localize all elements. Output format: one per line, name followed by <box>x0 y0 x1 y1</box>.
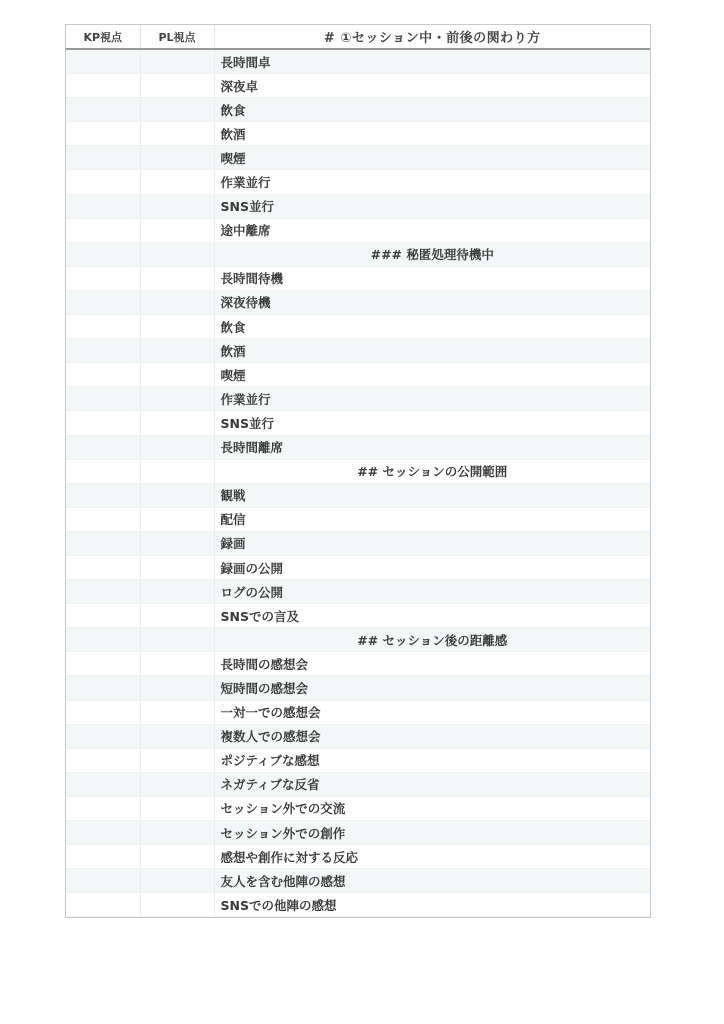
kp-perspective-cell[interactable] <box>66 772 140 796</box>
pl-perspective-cell[interactable] <box>140 49 214 74</box>
kp-perspective-cell[interactable] <box>66 98 140 122</box>
preference-sheet-table-container: KP視点 PL視点 # ①セッション中・前後の関わり方 長時間卓深夜卓飲食飲酒喫… <box>65 24 651 918</box>
item-label-cell: 作業並行 <box>214 170 650 194</box>
pl-perspective-cell[interactable] <box>140 748 214 772</box>
header-kp-perspective: KP視点 <box>66 25 140 49</box>
kp-perspective-cell[interactable] <box>66 628 140 652</box>
pl-perspective-cell[interactable] <box>140 845 214 869</box>
item-label-cell: 長時間離席 <box>214 435 650 459</box>
kp-perspective-cell[interactable] <box>66 483 140 507</box>
item-label-cell: 飲酒 <box>214 122 650 146</box>
pl-perspective-cell[interactable] <box>140 483 214 507</box>
item-label-cell: 飲食 <box>214 315 650 339</box>
item-label-cell: 配信 <box>214 507 650 531</box>
kp-perspective-cell[interactable] <box>66 194 140 218</box>
pl-perspective-cell[interactable] <box>140 315 214 339</box>
pl-perspective-cell[interactable] <box>140 266 214 290</box>
pl-perspective-cell[interactable] <box>140 459 214 483</box>
section-heading-row: ## セッションの公開範囲 <box>66 459 650 483</box>
item-label-cell: 観戦 <box>214 483 650 507</box>
pl-perspective-cell[interactable] <box>140 218 214 242</box>
pl-perspective-cell[interactable] <box>140 531 214 555</box>
pl-perspective-cell[interactable] <box>140 893 214 917</box>
kp-perspective-cell[interactable] <box>66 869 140 893</box>
item-label-cell: 作業並行 <box>214 387 650 411</box>
item-label-cell: 深夜卓 <box>214 74 650 98</box>
table-row: 長時間の感想会 <box>66 652 650 676</box>
kp-perspective-cell[interactable] <box>66 218 140 242</box>
pl-perspective-cell[interactable] <box>140 74 214 98</box>
kp-perspective-cell[interactable] <box>66 700 140 724</box>
kp-perspective-cell[interactable] <box>66 315 140 339</box>
item-label-cell: SNSでの他陣の感想 <box>214 893 650 917</box>
table-row: 配信 <box>66 507 650 531</box>
item-label-cell: セッション外での交流 <box>214 796 650 820</box>
kp-perspective-cell[interactable] <box>66 676 140 700</box>
table-row: 長時間待機 <box>66 266 650 290</box>
pl-perspective-cell[interactable] <box>140 821 214 845</box>
table-row: 複数人での感想会 <box>66 724 650 748</box>
section-heading-row: ### 秘匿処理待機中 <box>66 242 650 266</box>
item-label-cell: 飲食 <box>214 98 650 122</box>
preference-sheet-table: KP視点 PL視点 # ①セッション中・前後の関わり方 長時間卓深夜卓飲食飲酒喫… <box>66 25 650 917</box>
item-label-cell: 深夜待機 <box>214 290 650 314</box>
item-label-cell: ポジティブな感想 <box>214 748 650 772</box>
table-row: 飲酒 <box>66 122 650 146</box>
table-row: 作業並行 <box>66 170 650 194</box>
header-pl-perspective: PL視点 <box>140 25 214 49</box>
pl-perspective-cell[interactable] <box>140 796 214 820</box>
table-row: ポジティブな感想 <box>66 748 650 772</box>
item-label-cell: 飲酒 <box>214 339 650 363</box>
table-row: 飲酒 <box>66 339 650 363</box>
kp-perspective-cell[interactable] <box>66 146 140 170</box>
kp-perspective-cell[interactable] <box>66 74 140 98</box>
table-row: SNSでの言及 <box>66 604 650 628</box>
table-row: 友人を含む他陣の感想 <box>66 869 650 893</box>
table-row: 深夜卓 <box>66 74 650 98</box>
pl-perspective-cell[interactable] <box>140 170 214 194</box>
table-row: 喫煙 <box>66 363 650 387</box>
kp-perspective-cell[interactable] <box>66 580 140 604</box>
table-row: ネガティブな反省 <box>66 772 650 796</box>
kp-perspective-cell[interactable] <box>66 387 140 411</box>
pl-perspective-cell[interactable] <box>140 628 214 652</box>
item-label-cell: 短時間の感想会 <box>214 676 650 700</box>
table-row: 感想や創作に対する反応 <box>66 845 650 869</box>
item-label-cell: 喫煙 <box>214 146 650 170</box>
table-row: 一対一での感想会 <box>66 700 650 724</box>
table-row: 録画の公開 <box>66 555 650 579</box>
pl-perspective-cell[interactable] <box>140 98 214 122</box>
pl-perspective-cell[interactable] <box>140 146 214 170</box>
kp-perspective-cell[interactable] <box>66 531 140 555</box>
table-row: 長時間離席 <box>66 435 650 459</box>
pl-perspective-cell[interactable] <box>140 387 214 411</box>
kp-perspective-cell[interactable] <box>66 604 140 628</box>
kp-perspective-cell[interactable] <box>66 290 140 314</box>
table-row: 作業並行 <box>66 387 650 411</box>
item-label-cell: 複数人での感想会 <box>214 724 650 748</box>
pl-perspective-cell[interactable] <box>140 652 214 676</box>
pl-perspective-cell[interactable] <box>140 724 214 748</box>
pl-perspective-cell[interactable] <box>140 122 214 146</box>
table-row: SNSでの他陣の感想 <box>66 893 650 917</box>
pl-perspective-cell[interactable] <box>140 363 214 387</box>
kp-perspective-cell[interactable] <box>66 122 140 146</box>
pl-perspective-cell[interactable] <box>140 411 214 435</box>
kp-perspective-cell[interactable] <box>66 363 140 387</box>
kp-perspective-cell[interactable] <box>66 796 140 820</box>
pl-perspective-cell[interactable] <box>140 772 214 796</box>
item-label-cell: 途中離席 <box>214 218 650 242</box>
item-label-cell: 長時間待機 <box>214 266 650 290</box>
table-row: 途中離席 <box>66 218 650 242</box>
item-label-cell: 感想や創作に対する反応 <box>214 845 650 869</box>
section-heading-row: ## セッション後の距離感 <box>66 628 650 652</box>
kp-perspective-cell[interactable] <box>66 170 140 194</box>
table-body: 長時間卓深夜卓飲食飲酒喫煙作業並行SNS並行途中離席### 秘匿処理待機中長時間… <box>66 49 650 917</box>
pl-perspective-cell[interactable] <box>140 194 214 218</box>
kp-perspective-cell[interactable] <box>66 266 140 290</box>
table-row: ログの公開 <box>66 580 650 604</box>
kp-perspective-cell[interactable] <box>66 459 140 483</box>
pl-perspective-cell[interactable] <box>140 339 214 363</box>
pl-perspective-cell[interactable] <box>140 242 214 266</box>
kp-perspective-cell[interactable] <box>66 435 140 459</box>
pl-perspective-cell[interactable] <box>140 604 214 628</box>
header-main-title: # ①セッション中・前後の関わり方 <box>214 25 650 49</box>
table-row: 録画 <box>66 531 650 555</box>
section-heading-cell: ## セッション後の距離感 <box>214 628 650 652</box>
kp-perspective-cell[interactable] <box>66 652 140 676</box>
kp-perspective-cell[interactable] <box>66 893 140 917</box>
item-label-cell: 長時間の感想会 <box>214 652 650 676</box>
item-label-cell: ログの公開 <box>214 580 650 604</box>
kp-perspective-cell[interactable] <box>66 555 140 579</box>
item-label-cell: SNSでの言及 <box>214 604 650 628</box>
pl-perspective-cell[interactable] <box>140 555 214 579</box>
item-label-cell: 録画 <box>214 531 650 555</box>
item-label-cell: SNS並行 <box>214 194 650 218</box>
kp-perspective-cell[interactable] <box>66 49 140 74</box>
table-header: KP視点 PL視点 # ①セッション中・前後の関わり方 <box>66 25 650 49</box>
table-row: 観戦 <box>66 483 650 507</box>
item-label-cell: 長時間卓 <box>214 49 650 74</box>
table-row: 飲食 <box>66 315 650 339</box>
item-label-cell: 友人を含む他陣の感想 <box>214 869 650 893</box>
table-row: セッション外での創作 <box>66 821 650 845</box>
table-row: 短時間の感想会 <box>66 676 650 700</box>
pl-perspective-cell[interactable] <box>140 507 214 531</box>
kp-perspective-cell[interactable] <box>66 411 140 435</box>
pl-perspective-cell[interactable] <box>140 869 214 893</box>
pl-perspective-cell[interactable] <box>140 290 214 314</box>
header-row: KP視点 PL視点 # ①セッション中・前後の関わり方 <box>66 25 650 49</box>
item-label-cell: SNS並行 <box>214 411 650 435</box>
table-row: セッション外での交流 <box>66 796 650 820</box>
pl-perspective-cell[interactable] <box>140 435 214 459</box>
kp-perspective-cell[interactable] <box>66 845 140 869</box>
kp-perspective-cell[interactable] <box>66 821 140 845</box>
table-row: SNS並行 <box>66 411 650 435</box>
table-row: 飲食 <box>66 98 650 122</box>
kp-perspective-cell[interactable] <box>66 748 140 772</box>
kp-perspective-cell[interactable] <box>66 507 140 531</box>
item-label-cell: 一対一での感想会 <box>214 700 650 724</box>
pl-perspective-cell[interactable] <box>140 700 214 724</box>
pl-perspective-cell[interactable] <box>140 580 214 604</box>
kp-perspective-cell[interactable] <box>66 242 140 266</box>
kp-perspective-cell[interactable] <box>66 339 140 363</box>
section-heading-cell: ## セッションの公開範囲 <box>214 459 650 483</box>
table-row: SNS並行 <box>66 194 650 218</box>
pl-perspective-cell[interactable] <box>140 676 214 700</box>
table-row: 喫煙 <box>66 146 650 170</box>
table-row: 深夜待機 <box>66 290 650 314</box>
section-heading-cell: ### 秘匿処理待機中 <box>214 242 650 266</box>
item-label-cell: 録画の公開 <box>214 555 650 579</box>
kp-perspective-cell[interactable] <box>66 724 140 748</box>
item-label-cell: セッション外での創作 <box>214 821 650 845</box>
item-label-cell: ネガティブな反省 <box>214 772 650 796</box>
item-label-cell: 喫煙 <box>214 363 650 387</box>
table-row: 長時間卓 <box>66 49 650 74</box>
